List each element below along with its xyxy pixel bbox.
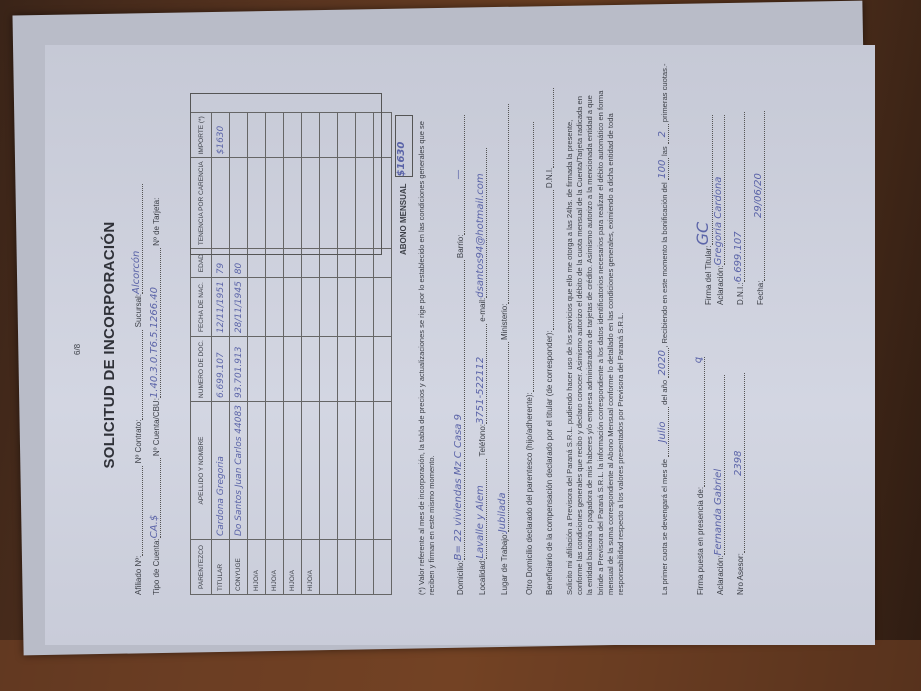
cell-doc[interactable] <box>356 337 374 402</box>
cell-nac[interactable] <box>248 278 266 337</box>
witness-signature-row: Firma puesta en presencia de:ꝗ <box>693 357 705 595</box>
cell-parentezco: CONYUGE <box>230 540 248 595</box>
tipo-cuenta-field[interactable]: CA.$ <box>149 458 161 538</box>
advisor-label: Nro Asesor: <box>736 553 745 595</box>
price-note: (*) Valor referente al mes de incorporac… <box>417 95 437 595</box>
cell-parentezco <box>320 540 338 595</box>
holder-signature-row: Firma del Titular:GC <box>693 115 713 305</box>
contrato-label: Nº Contrato: <box>134 420 143 464</box>
cell-nac[interactable]: 12/11/1951 <box>212 278 230 337</box>
cuenta-cbu-label: Nº Cuenta/CBU: <box>152 398 161 456</box>
cell-nac[interactable] <box>338 278 356 337</box>
cell-nombre[interactable] <box>356 402 374 540</box>
localidad-row: Localidad:Lavalle y Alem Teléfono:3751-5… <box>475 148 487 595</box>
cell-doc[interactable] <box>266 337 284 402</box>
cell-doc[interactable] <box>248 337 266 402</box>
header-row-1: Afiliado Nº: Nº Contrato: Sucursal:Alcor… <box>131 184 143 595</box>
email-label: e-mail: <box>478 298 487 322</box>
witness-signature-label: Firma puesta en presencia de: <box>696 487 705 595</box>
afiliado-label: Afiliado Nº: <box>134 556 143 595</box>
cell-parentezco: TITULAR <box>212 540 230 595</box>
first-fee-count[interactable]: 2 <box>657 124 669 144</box>
otro-domicilio-label: Otro Domicilio declarado del parentesco … <box>525 392 534 595</box>
cell-parentezco <box>374 540 392 595</box>
cell-nombre[interactable] <box>284 402 302 540</box>
cell-nac[interactable] <box>356 278 374 337</box>
cell-parentezco <box>356 540 374 595</box>
afiliado-field[interactable] <box>142 466 143 556</box>
witness-name-label: Aclaración: <box>716 555 725 595</box>
sucursal-label: Sucursal: <box>134 294 143 327</box>
sucursal-field[interactable]: Alcorcón <box>131 184 143 294</box>
barrio-field[interactable]: — <box>453 115 465 235</box>
localidad-field[interactable]: Lavalle y Alem <box>475 459 487 559</box>
advisor-row: Nro Asesor:2398 <box>733 373 745 595</box>
trabajo-field[interactable]: Jubilada <box>497 342 509 532</box>
cell-doc[interactable] <box>320 337 338 402</box>
barrio-label: Barrio: <box>456 235 465 259</box>
ministerio-label: Ministerio: <box>500 304 509 340</box>
cell-nombre[interactable] <box>320 402 338 540</box>
trabajo-label: Lugar de Trabajo: <box>500 532 509 595</box>
first-fee-prefix: La primer cuota se devengará el mes de <box>660 459 669 595</box>
first-fee-percent[interactable]: 100 <box>657 158 669 180</box>
cell-nombre[interactable] <box>338 402 356 540</box>
email-field[interactable]: dsantos94@hotmail.com <box>475 148 487 298</box>
cell-doc[interactable] <box>302 337 320 402</box>
witness-name-row: Aclaración:Fernanda Gabriel <box>713 375 725 595</box>
first-fee-month[interactable]: Julio <box>657 407 669 457</box>
holder-dni-field[interactable]: 6.699.107 <box>733 112 745 282</box>
first-fee-count-label: las <box>660 146 669 156</box>
holder-dni-label: D.N.I.: <box>736 282 745 305</box>
holder-name-label: Aclaración: <box>716 265 725 305</box>
cell-parentezco: HIJO/A <box>266 540 284 595</box>
otro-domicilio-row: Otro Domicilio declarado del parentesco … <box>525 122 534 595</box>
cell-nac[interactable] <box>374 278 392 337</box>
cell-parentezco: HIJO/A <box>284 540 302 595</box>
contrato-field[interactable] <box>142 330 143 420</box>
cell-nac[interactable] <box>302 278 320 337</box>
first-fee-mid: , Recibiendo en este momento la bonifica… <box>660 182 669 347</box>
abono-value[interactable]: $1630 <box>395 115 413 177</box>
cuenta-cbu-field[interactable]: 1.40.3.0.T6.5.1266.40 <box>149 248 161 398</box>
domicilio-row: Domicilio:B= 22 viviendas Mz C Casa 9 Ba… <box>453 115 465 595</box>
cell-doc[interactable]: 6.699.107 <box>212 337 230 402</box>
holder-signature-label: Firma del Titular: <box>704 245 713 305</box>
trabajo-row: Lugar de Trabajo:Jubilada Ministerio: <box>497 104 509 595</box>
cell-parentezco: HIJO/A <box>248 540 266 595</box>
cell-doc[interactable] <box>284 337 302 402</box>
header-row-2: Tipo de Cuenta:CA.$ Nº Cuenta/CBU:1.40.3… <box>149 198 161 595</box>
cell-parentezco <box>338 540 356 595</box>
cell-nac[interactable] <box>266 278 284 337</box>
cell-nombre[interactable] <box>374 402 392 540</box>
cell-nac[interactable] <box>320 278 338 337</box>
holder-name-row: Aclaración:Gregoria Cardona <box>713 115 725 305</box>
cell-doc[interactable] <box>338 337 356 402</box>
tipo-cuenta-label: Tipo de Cuenta: <box>152 538 161 595</box>
advisor-field[interactable]: 2398 <box>733 373 745 553</box>
first-fee-year-label: del año <box>660 380 669 405</box>
authorization-paragraph: Solicito mi afiliación a Previsora del P… <box>565 90 626 595</box>
cell-nac[interactable]: 28/11/1945 <box>230 278 248 337</box>
cell-nombre[interactable]: Do Santos Juan Carlos 44083 <box>230 402 248 540</box>
ministerio-field[interactable] <box>508 104 509 304</box>
date-field[interactable]: 29/06/20 <box>753 111 765 281</box>
beneficiario-dni-label: D.N.I. <box>545 168 554 188</box>
photo-box <box>190 93 382 255</box>
cell-nombre[interactable]: Cardona Gregoria <box>212 402 230 540</box>
column-header: APELLIDO Y NOMBRE <box>191 402 212 540</box>
cell-nac[interactable] <box>284 278 302 337</box>
cell-doc[interactable] <box>374 337 392 402</box>
beneficiario-field[interactable] <box>553 190 554 330</box>
witness-name-field[interactable]: Fernanda Gabriel <box>713 375 725 555</box>
tarjeta-label: Nº de Tarjeta: <box>152 198 161 246</box>
cell-nombre[interactable] <box>248 402 266 540</box>
first-fee-suffix: primeras cuotas.- <box>660 63 669 122</box>
beneficiario-dni-field[interactable] <box>553 88 554 168</box>
cell-nombre[interactable] <box>302 402 320 540</box>
holder-signature-field[interactable]: GC <box>693 115 713 245</box>
page-number: 6/8 <box>73 344 82 355</box>
first-fee-row: La primer cuota se devengará el mes de J… <box>657 63 669 595</box>
first-fee-year[interactable]: 2020 <box>657 348 669 378</box>
cell-nombre[interactable] <box>266 402 284 540</box>
column-header: NUMERO DE DOC. <box>191 337 212 402</box>
date-label: Fecha: <box>756 281 765 305</box>
telefono-label: Teléfono: <box>478 424 487 456</box>
cell-parentezco: HIJO/A <box>302 540 320 595</box>
abono-mensual: ABONO MENSUAL$1630 <box>395 115 413 255</box>
otro-domicilio-field[interactable] <box>533 122 534 392</box>
form-title: SOLICITUD DE INCORPORACIÓN <box>101 45 118 645</box>
domicilio-field[interactable]: B= 22 viviendas Mz C Casa 9 <box>453 260 465 560</box>
cell-doc[interactable]: 93.701.913 <box>230 337 248 402</box>
beneficiario-label: Beneficiario de la compensación declarad… <box>545 330 554 595</box>
domicilio-label: Domicilio: <box>456 560 465 595</box>
beneficiario-row: Beneficiario de la compensación declarad… <box>545 88 554 595</box>
holder-dni-row: D.N.I.:6.699.107 <box>733 112 745 305</box>
date-row: Fecha:29/06/20 <box>753 111 765 305</box>
telefono-field[interactable]: 3751-522112 <box>475 324 487 424</box>
holder-name-field[interactable]: Gregoria Cardona <box>713 115 725 265</box>
abono-label: ABONO MENSUAL <box>399 183 408 255</box>
localidad-label: Localidad: <box>478 559 487 595</box>
column-header: FECHA DE NAC. <box>191 278 212 337</box>
form-page: 6/8 SOLICITUD DE INCORPORACIÓN Afiliado … <box>45 45 875 645</box>
column-header: PARENTEZCO <box>191 540 212 595</box>
